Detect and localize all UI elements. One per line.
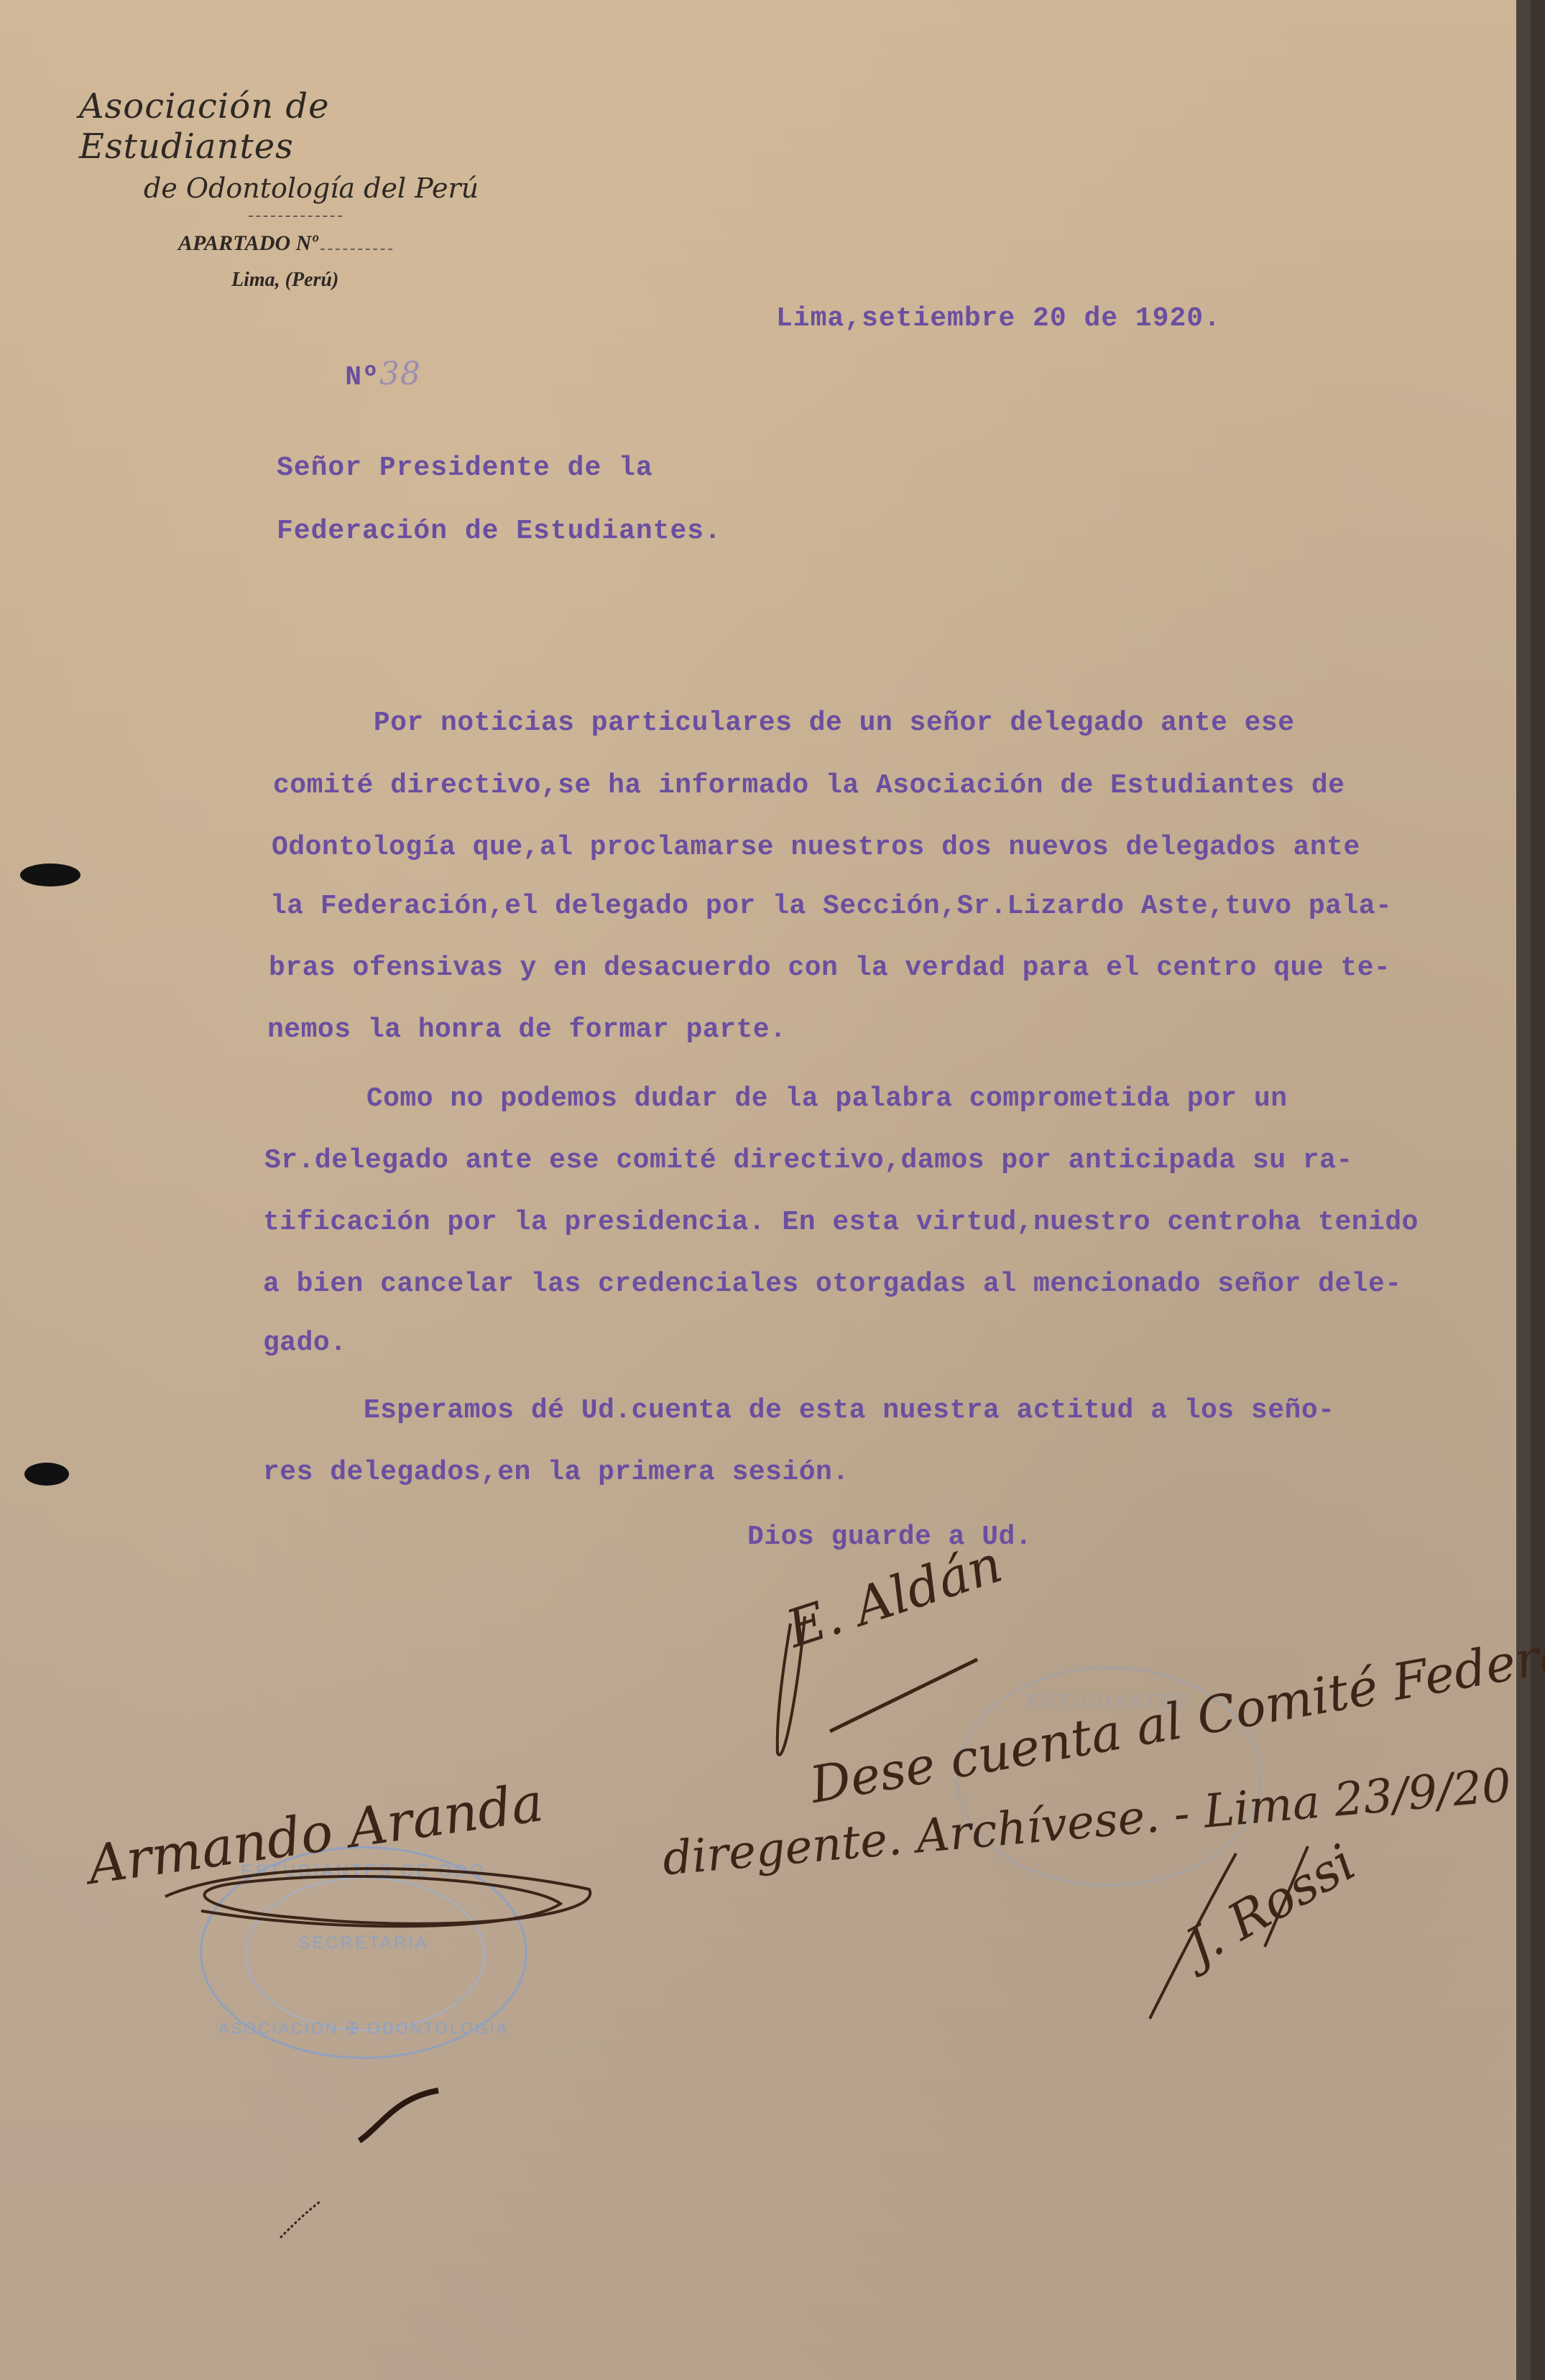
letter-date: Lima,setiembre 20 de 1920. (776, 303, 1221, 334)
body-line: Odontología que,al proclamarse nuestros … (272, 832, 1360, 863)
apartado-label: APARTADO Nº (178, 231, 318, 255)
body-line: Como no podemos dudar de la palabra comp… (266, 1083, 1288, 1114)
apartado-blank (320, 249, 392, 250)
letterhead-apartado: APARTADO Nº (178, 231, 539, 256)
letterhead-city: Lima, (Perú) (231, 269, 539, 292)
body-line: nemos la honra de formar parte. (267, 1014, 786, 1045)
pen-mark-2 (277, 2198, 327, 2241)
annotation-flourish (1135, 1839, 1322, 2026)
body-line: Esperamos dé Ud.cuenta de esta nuestra a… (263, 1395, 1334, 1426)
recipient-line-2: Federación de Estudiantes. (277, 516, 721, 547)
stamp-bottom-text: ASOCIACION ✠ ODONTOLOGIA (202, 2019, 525, 2038)
pen-mark-1 (352, 2083, 446, 2148)
body-line: Por noticias particulares de un señor de… (273, 708, 1295, 738)
body-line: Sr.delegado ante ese comité directivo,da… (264, 1145, 1353, 1176)
number-label: Nº (345, 362, 379, 393)
letterhead-divider (249, 216, 342, 217)
body-line: tificación por la presidencia. En esta v… (263, 1207, 1419, 1238)
letterhead-org-name: Asociación de Estudiantes (79, 86, 539, 167)
document-number: Nº38 (277, 325, 421, 424)
signature-flourish-2 (158, 1853, 604, 1947)
number-handwritten: 38 (379, 356, 421, 392)
body-line: comité directivo,se ha informado la Asoc… (273, 770, 1345, 801)
body-line: la Federación,el delegado por la Sección… (270, 891, 1392, 922)
body-line: a bien cancelar las credenciales otorgad… (263, 1269, 1402, 1300)
body-line: res delegados,en la primera sesión. (263, 1457, 849, 1488)
body-line: gado. (263, 1328, 347, 1358)
body-line: bras ofensivas y en desacuerdo con la ve… (269, 953, 1390, 983)
punch-hole-bottom (24, 1463, 69, 1486)
recipient-line-1: Señor Presidente de la (277, 453, 653, 483)
letterhead: Asociación de Estudiantes de Odontología… (79, 86, 539, 292)
page-edge (1516, 0, 1531, 2380)
letter-sheet: Asociación de Estudiantes de Odontología… (0, 0, 1531, 2380)
punch-hole-top (20, 863, 80, 886)
letterhead-org-subtitle: de Odontología del Perú (144, 172, 539, 204)
